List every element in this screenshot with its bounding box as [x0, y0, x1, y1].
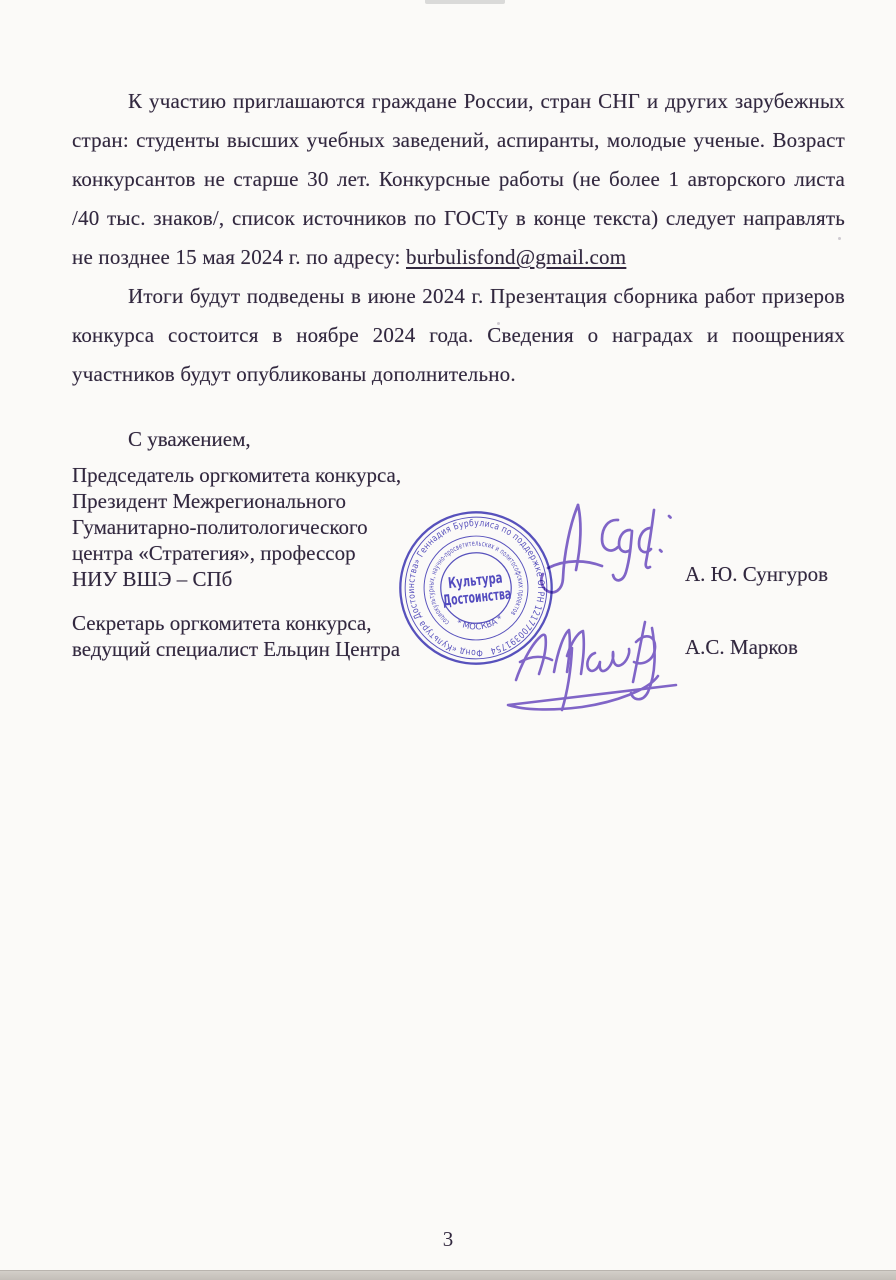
- signer1-name: А. Ю. Сунгуров: [685, 561, 828, 587]
- page-number: 3: [0, 1227, 896, 1252]
- salutation: С уважением,: [72, 424, 828, 454]
- paragraph-invitation-text: К участию приглашаются граждане России, …: [72, 89, 845, 269]
- signature-markov-icon: [490, 606, 682, 718]
- signer2-name: А.С. Марков: [685, 634, 798, 660]
- signature-sungurov-icon: [526, 486, 676, 608]
- paragraph-invitation: К участию приглашаются граждане России, …: [72, 82, 845, 277]
- email-link[interactable]: burbulisfond@gmail.com: [406, 245, 626, 269]
- document-body: К участию приглашаются граждане России, …: [72, 82, 845, 394]
- paragraph-results: Итоги будут подведены в июне 2024 г. Пре…: [72, 277, 845, 394]
- signer1-role-line: Председатель оргкомитета конкурса,: [72, 462, 492, 488]
- scan-bottom-edge: [0, 1270, 896, 1280]
- scan-edge-artifact: [425, 0, 505, 4]
- scanned-document-page: К участию приглашаются граждане России, …: [0, 0, 896, 1280]
